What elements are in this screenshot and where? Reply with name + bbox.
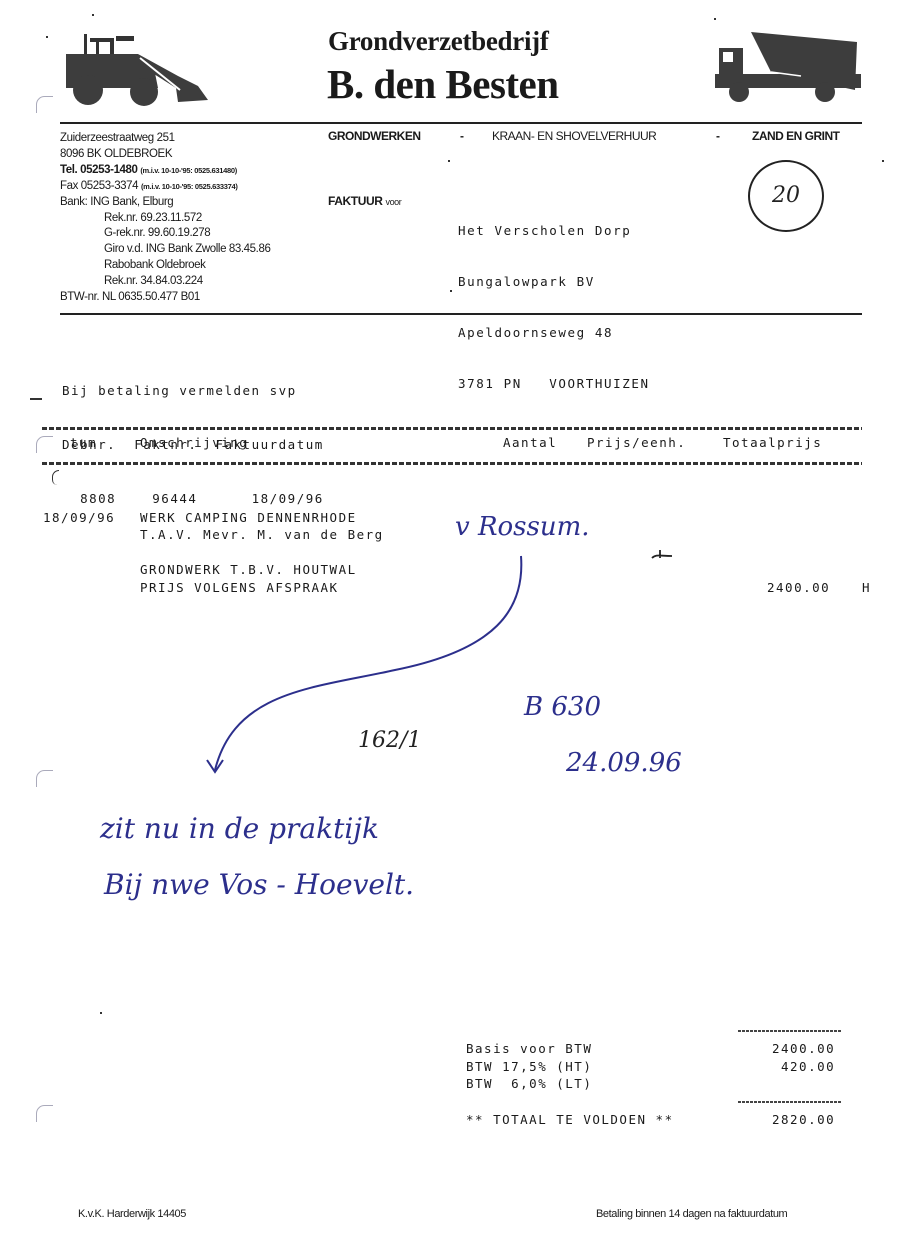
handwritten-circled-number: 20 — [748, 160, 824, 232]
handwritten-code: 162/1 — [358, 728, 421, 753]
wheel-loader-icon — [58, 28, 218, 108]
sender-address-block: Zuiderzeestraatweg 251 8096 BK OLDEBROEK… — [60, 131, 270, 306]
col-header-totaalprijs: Totaalprijs — [723, 435, 822, 450]
scan-speck — [450, 290, 452, 292]
sender-postal-city: 8096 BK OLDEBROEK — [60, 147, 270, 163]
bank-account-4: Rabobank Oldebroek — [60, 258, 270, 274]
sender-fax: Fax 05253-3374 (m.i.v. 10-10-'95: 0525.6… — [60, 179, 270, 195]
address-divider — [60, 313, 862, 315]
sender-bank: Bank: ING Bank, Elburg — [60, 195, 270, 211]
recipient-address: Het Verscholen Dorp Bungalowpark BV Apel… — [458, 188, 650, 409]
recipient-line: Apeldoornseweg 48 — [458, 324, 650, 341]
sender-tel: Tel. 05253-1480 (m.i.v. 10-10-'95: 0525.… — [60, 163, 270, 179]
handwritten-reference: B 630 — [524, 692, 601, 722]
row-total: 2400.00 — [767, 580, 830, 595]
service-separator: - — [460, 129, 464, 143]
service-zand-grint: ZAND EN GRINT — [752, 129, 840, 143]
service-grondwerken: GRONDWERKEN — [328, 129, 421, 143]
scan-mark — [52, 470, 59, 485]
header-divider — [60, 122, 862, 124]
row-description: T.A.V. Mevr. M. van de Berg — [140, 527, 384, 542]
scan-speck — [714, 18, 716, 20]
col-header-omschrijving: Omschrijving — [140, 435, 248, 450]
handwritten-note-line-2: Bij nwe Vos - Hoevelt. — [104, 868, 414, 901]
hole-punch-mark — [36, 436, 53, 453]
bank-account-2: G-rek.nr. 99.60.19.278 — [60, 226, 270, 242]
dump-truck-icon — [705, 28, 865, 108]
totals-label: BTW 17,5% (HT) — [466, 1059, 592, 1074]
scan-speck — [46, 36, 48, 38]
col-header-datum: tum — [70, 435, 97, 450]
col-header-prijs-eenh: Prijs/eenh. — [587, 435, 686, 450]
faktuur-label: FAKTUUR voor — [328, 194, 401, 208]
grand-total-label: ** TOTAAL TE VOLDOEN ** — [466, 1112, 674, 1127]
handwritten-tick-icon — [650, 548, 674, 562]
recipient-line: Bungalowpark BV — [458, 273, 650, 290]
scan-speck — [92, 14, 94, 16]
bank-account-5: Rek.nr. 34.84.03.224 — [60, 274, 270, 290]
col-header-aantal: Aantal — [503, 435, 557, 450]
totals-value: 420.00 — [781, 1059, 835, 1074]
footer-payment-terms: Betaling binnen 14 dagen na faktuurdatum — [596, 1208, 787, 1220]
hole-punch-mark — [36, 770, 53, 787]
hole-punch-mark — [36, 96, 53, 113]
recipient-line: Het Verscholen Dorp — [458, 222, 650, 239]
totals-top-rule — [738, 1030, 842, 1032]
bank-account-3: Giro v.d. ING Bank Zwolle 83.45.86 — [60, 242, 270, 258]
handwritten-note-line-1: zit nu in de praktijk — [100, 812, 379, 845]
recipient-line: 3781 PN VOORTHUIZEN — [458, 375, 650, 392]
bank-account-1: Rek.nr. 69.23.11.572 — [60, 211, 270, 227]
table-top-rule — [42, 427, 862, 430]
totals-value: 2400.00 — [772, 1041, 835, 1056]
scan-speck — [882, 160, 884, 162]
margin-mark — [30, 398, 42, 400]
btw-number: BTW-nr. NL 0635.50.477 B01 — [60, 290, 270, 306]
footer-kvk: K.v.K. Harderwijk 14405 — [78, 1208, 186, 1220]
service-kraan-shovel: KRAAN- EN SHOVELVERHUUR — [492, 129, 656, 143]
handwritten-name: v Rossum. — [455, 512, 590, 542]
row-description: WERK CAMPING DENNENRHODE — [140, 510, 357, 525]
totals-label: Basis voor BTW — [466, 1041, 592, 1056]
payment-reference-intro: Bij betaling vermelden svp — [62, 382, 324, 400]
handwritten-date: 24.09.96 — [566, 748, 682, 778]
scan-speck — [448, 160, 450, 162]
totals-label: BTW 6,0% (LT) — [466, 1076, 592, 1091]
company-name: B. den Besten — [327, 60, 559, 108]
company-type: Grondverzetbedrijf — [328, 26, 549, 57]
row-date: 18/09/96 — [43, 510, 115, 525]
scan-speck — [100, 1012, 102, 1014]
table-header-rule — [42, 462, 862, 465]
totals-bottom-rule — [738, 1101, 842, 1103]
row-vat-code: H — [862, 580, 871, 595]
grand-total-value: 2820.00 — [772, 1112, 835, 1127]
sender-street: Zuiderzeestraatweg 251 — [60, 131, 270, 147]
hole-punch-mark — [36, 1105, 53, 1122]
payment-reference-values: 8808 96444 18/09/96 — [62, 490, 324, 508]
service-separator: - — [716, 129, 720, 143]
